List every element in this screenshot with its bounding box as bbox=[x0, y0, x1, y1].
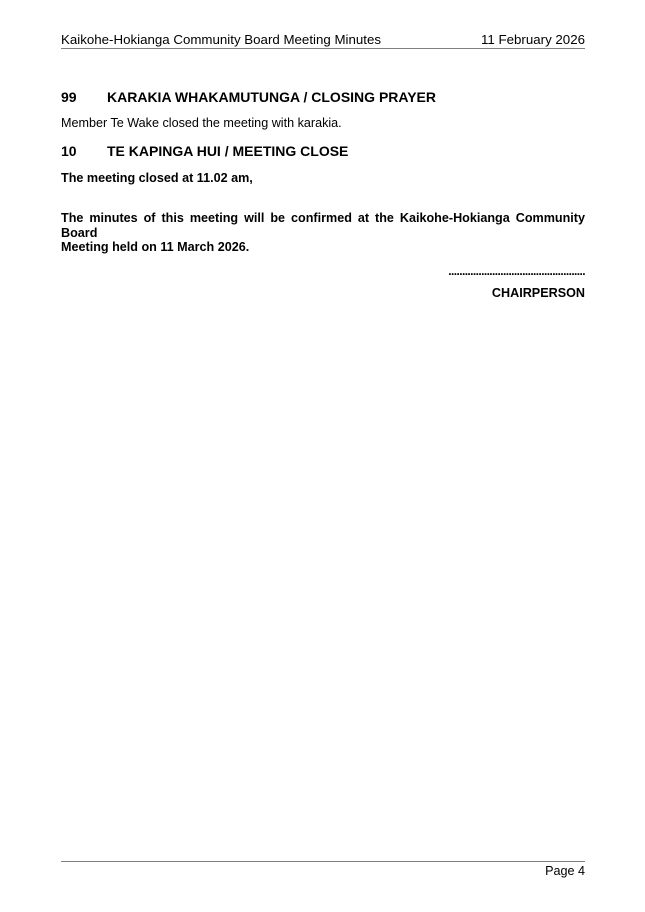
header-date: 11 February 2026 bbox=[481, 32, 585, 47]
section-title: TE KAPINGA HUI / MEETING CLOSE bbox=[107, 143, 348, 159]
section-title: KARAKIA WHAKAMUTUNGA / CLOSING PRAYER bbox=[107, 89, 436, 105]
closing-prayer-text: Member Te Wake closed the meeting with k… bbox=[61, 116, 585, 131]
meeting-closed-time: The meeting closed at 11.02 am, bbox=[61, 171, 585, 186]
section-number: 10 bbox=[61, 143, 107, 159]
page-header: Kaikohe-Hokianga Community Board Meeting… bbox=[61, 31, 585, 49]
page-footer: Page 4 bbox=[61, 861, 585, 879]
page-number: Page 4 bbox=[545, 864, 585, 878]
section-number: 99 bbox=[61, 89, 107, 105]
minutes-confirmation: The minutes of this meeting will be conf… bbox=[61, 211, 585, 255]
section-heading-closing-prayer: 99 KARAKIA WHAKAMUTUNGA / CLOSING PRAYER bbox=[61, 89, 436, 105]
header-title: Kaikohe-Hokianga Community Board Meeting… bbox=[61, 32, 381, 47]
signature-label: CHAIRPERSON bbox=[492, 286, 585, 301]
signature-line: ........................................… bbox=[448, 265, 585, 277]
section-heading-meeting-close: 10 TE KAPINGA HUI / MEETING CLOSE bbox=[61, 143, 348, 159]
confirmation-line-1: The minutes of this meeting will be conf… bbox=[61, 211, 585, 240]
confirmation-line-2: Meeting held on 11 March 2026. bbox=[61, 240, 249, 254]
